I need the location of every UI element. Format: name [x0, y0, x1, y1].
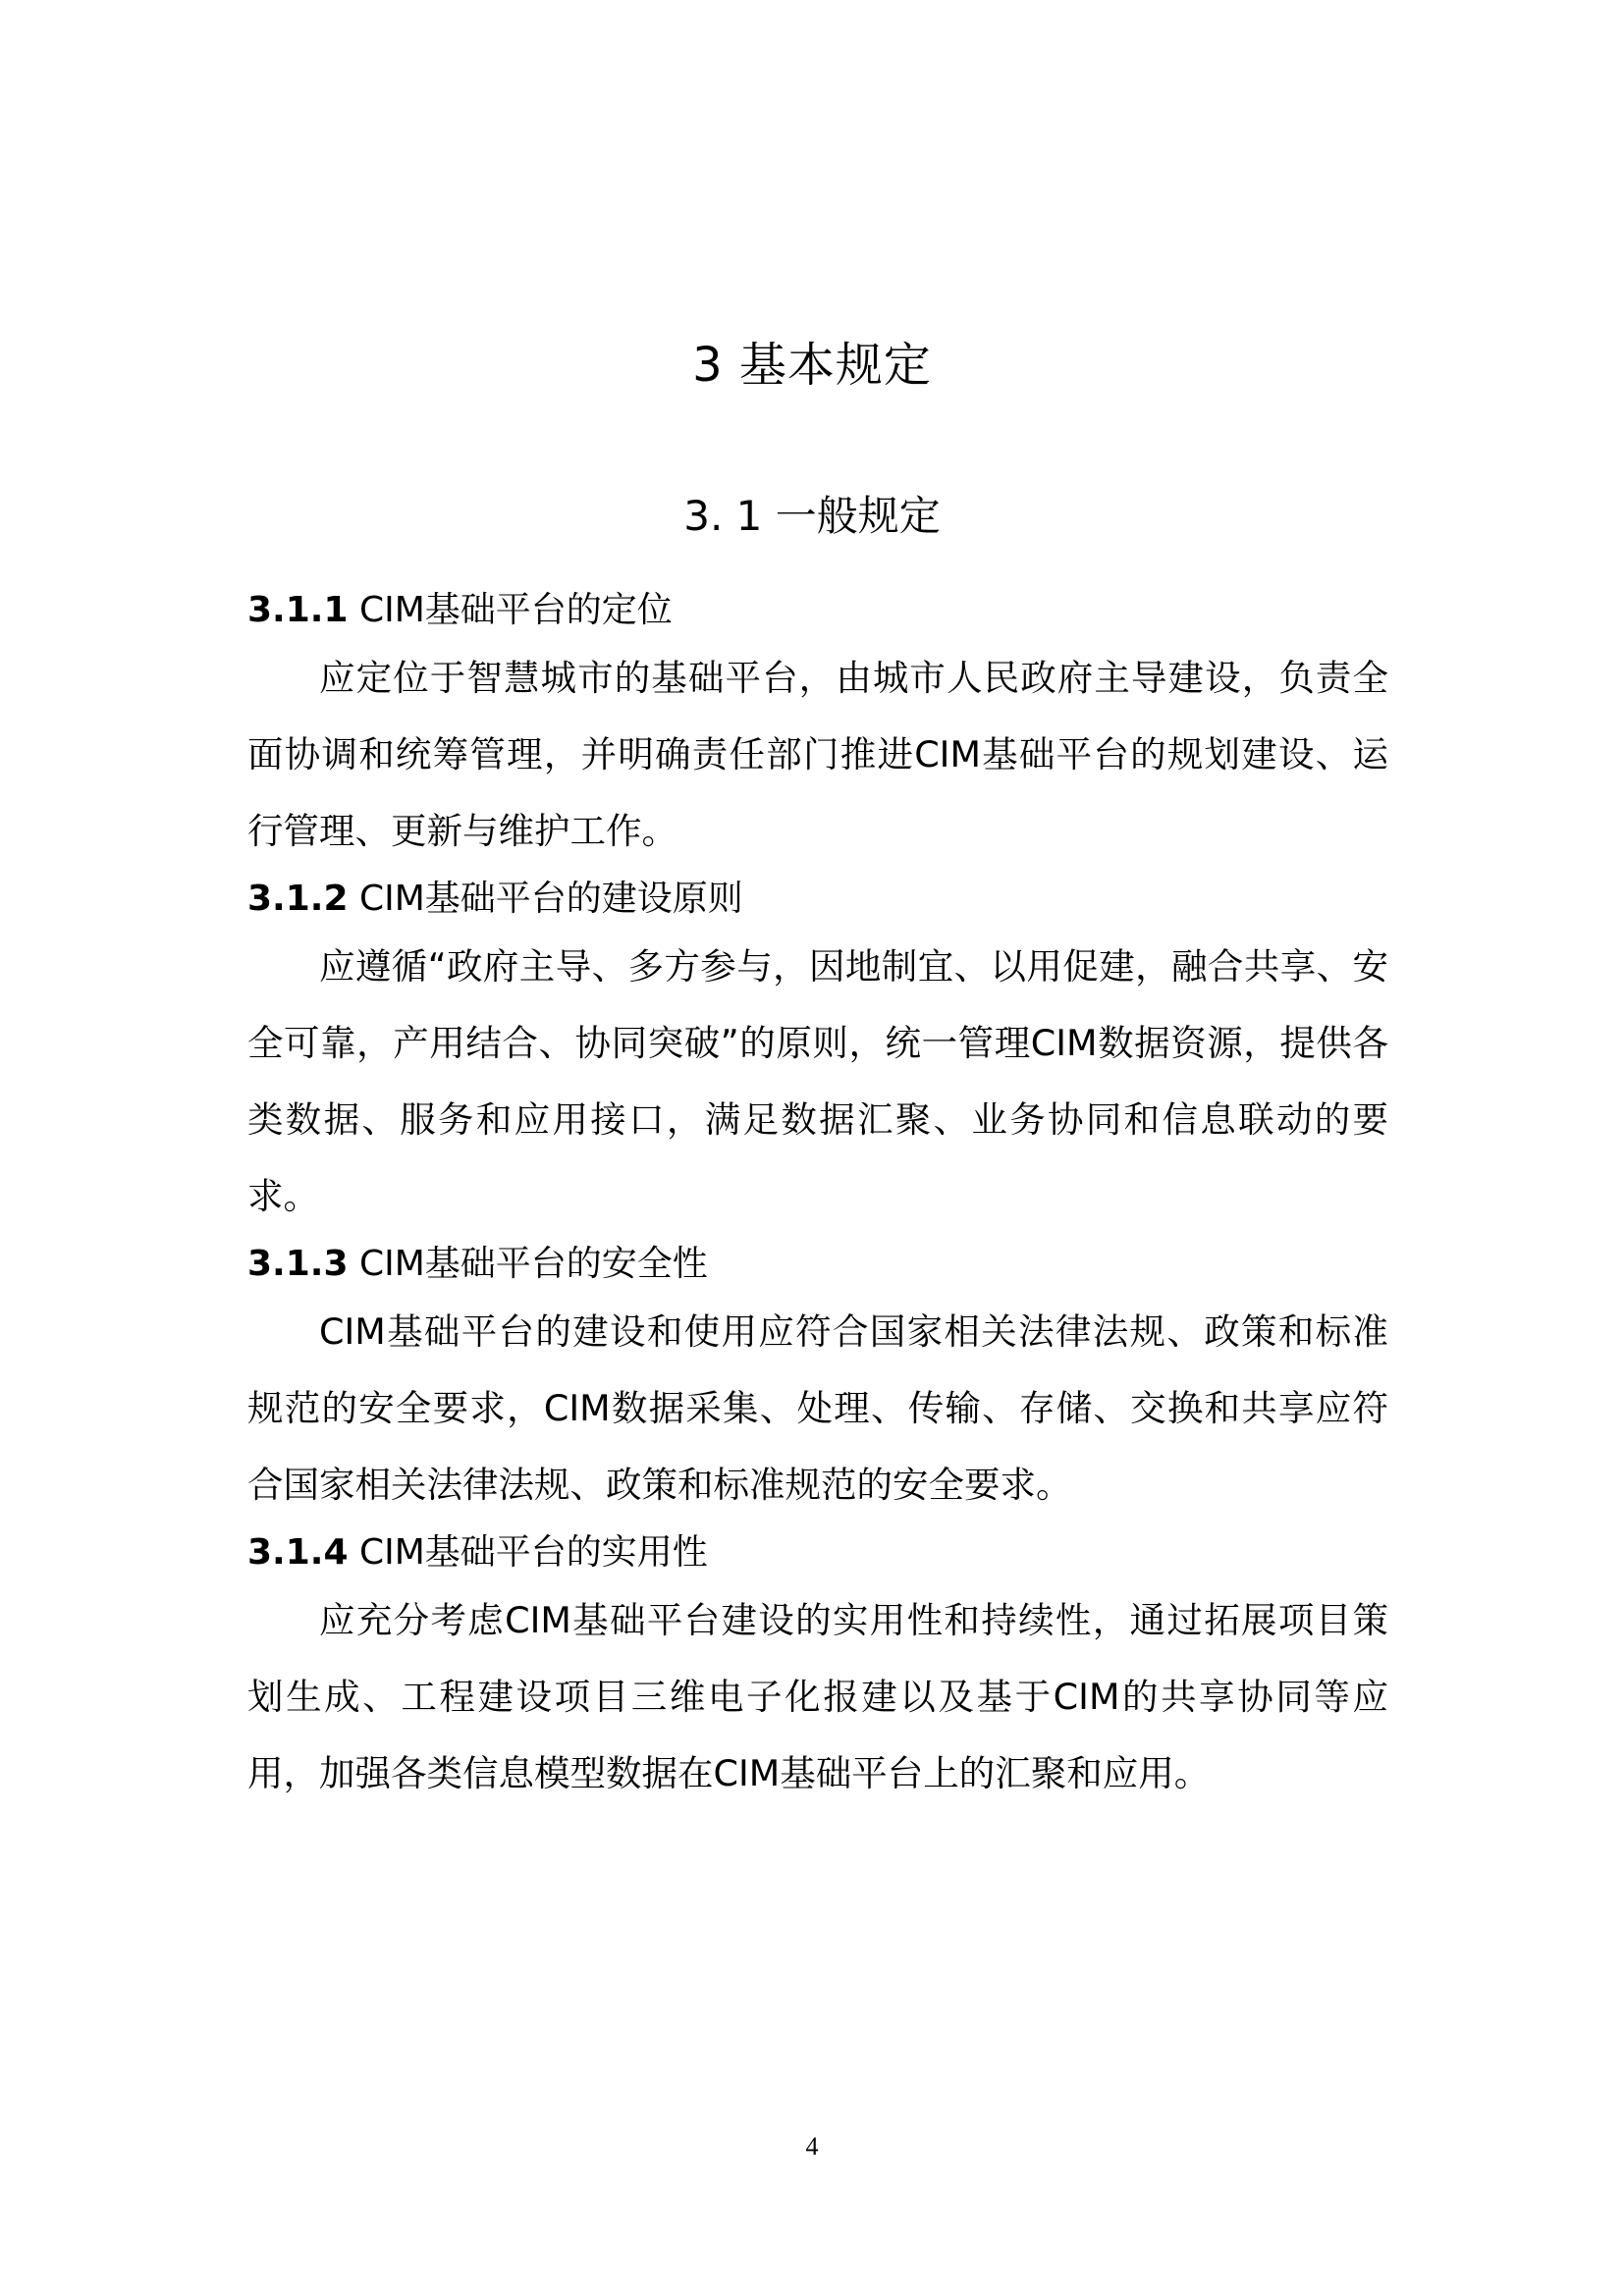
- clause-body: 应定位于智慧城市的基础平台，由城市人民政府主导建设，负责全面协调和统筹管理，并明…: [247, 640, 1388, 870]
- clause-3-1-1: 3.1.1 CIM基础平台的定位 应定位于智慧城市的基础平台，由城市人民政府主导…: [247, 581, 1388, 870]
- page-number: 4: [0, 2132, 1624, 2162]
- clause-heading: 3.1.3 CIM基础平台的安全性: [247, 1235, 1388, 1294]
- clause-3-1-2: 3.1.2 CIM基础平台的建设原则 应遵循“政府主导、多方参与，因地制宜、以用…: [247, 870, 1388, 1235]
- clause-number: 3.1.2: [247, 879, 349, 919]
- clause-heading: 3.1.2 CIM基础平台的建设原则: [247, 870, 1388, 929]
- clauses-content: 3.1.1 CIM基础平台的定位 应定位于智慧城市的基础平台，由城市人民政府主导…: [247, 581, 1388, 1812]
- clause-title: CIM基础平台的定位: [359, 590, 673, 630]
- clause-heading: 3.1.4 CIM基础平台的实用性: [247, 1523, 1388, 1582]
- section-title: 3. 1 一般规定: [0, 489, 1624, 544]
- clause-body: 应遵循“政府主导、多方参与，因地制宜、以用促建，融合共享、安全可靠，产用结合、协…: [247, 929, 1388, 1235]
- clause-body: CIM基础平台的建设和使用应符合国家相关法律法规、政策和标准规范的安全要求，CI…: [247, 1294, 1388, 1523]
- chapter-title: 3 基本规定: [0, 336, 1624, 395]
- clause-number: 3.1.1: [247, 590, 349, 630]
- clause-title: CIM基础平台的安全性: [359, 1244, 708, 1284]
- clause-3-1-3: 3.1.3 CIM基础平台的安全性 CIM基础平台的建设和使用应符合国家相关法律…: [247, 1235, 1388, 1523]
- clause-title: CIM基础平台的建设原则: [359, 879, 743, 919]
- clause-number: 3.1.4: [247, 1532, 349, 1573]
- clause-title: CIM基础平台的实用性: [359, 1532, 708, 1573]
- clause-body: 应充分考虑CIM基础平台建设的实用性和持续性，通过拓展项目策划生成、工程建设项目…: [247, 1582, 1388, 1812]
- clause-3-1-4: 3.1.4 CIM基础平台的实用性 应充分考虑CIM基础平台建设的实用性和持续性…: [247, 1523, 1388, 1812]
- clause-heading: 3.1.1 CIM基础平台的定位: [247, 581, 1388, 640]
- clause-number: 3.1.3: [247, 1244, 349, 1284]
